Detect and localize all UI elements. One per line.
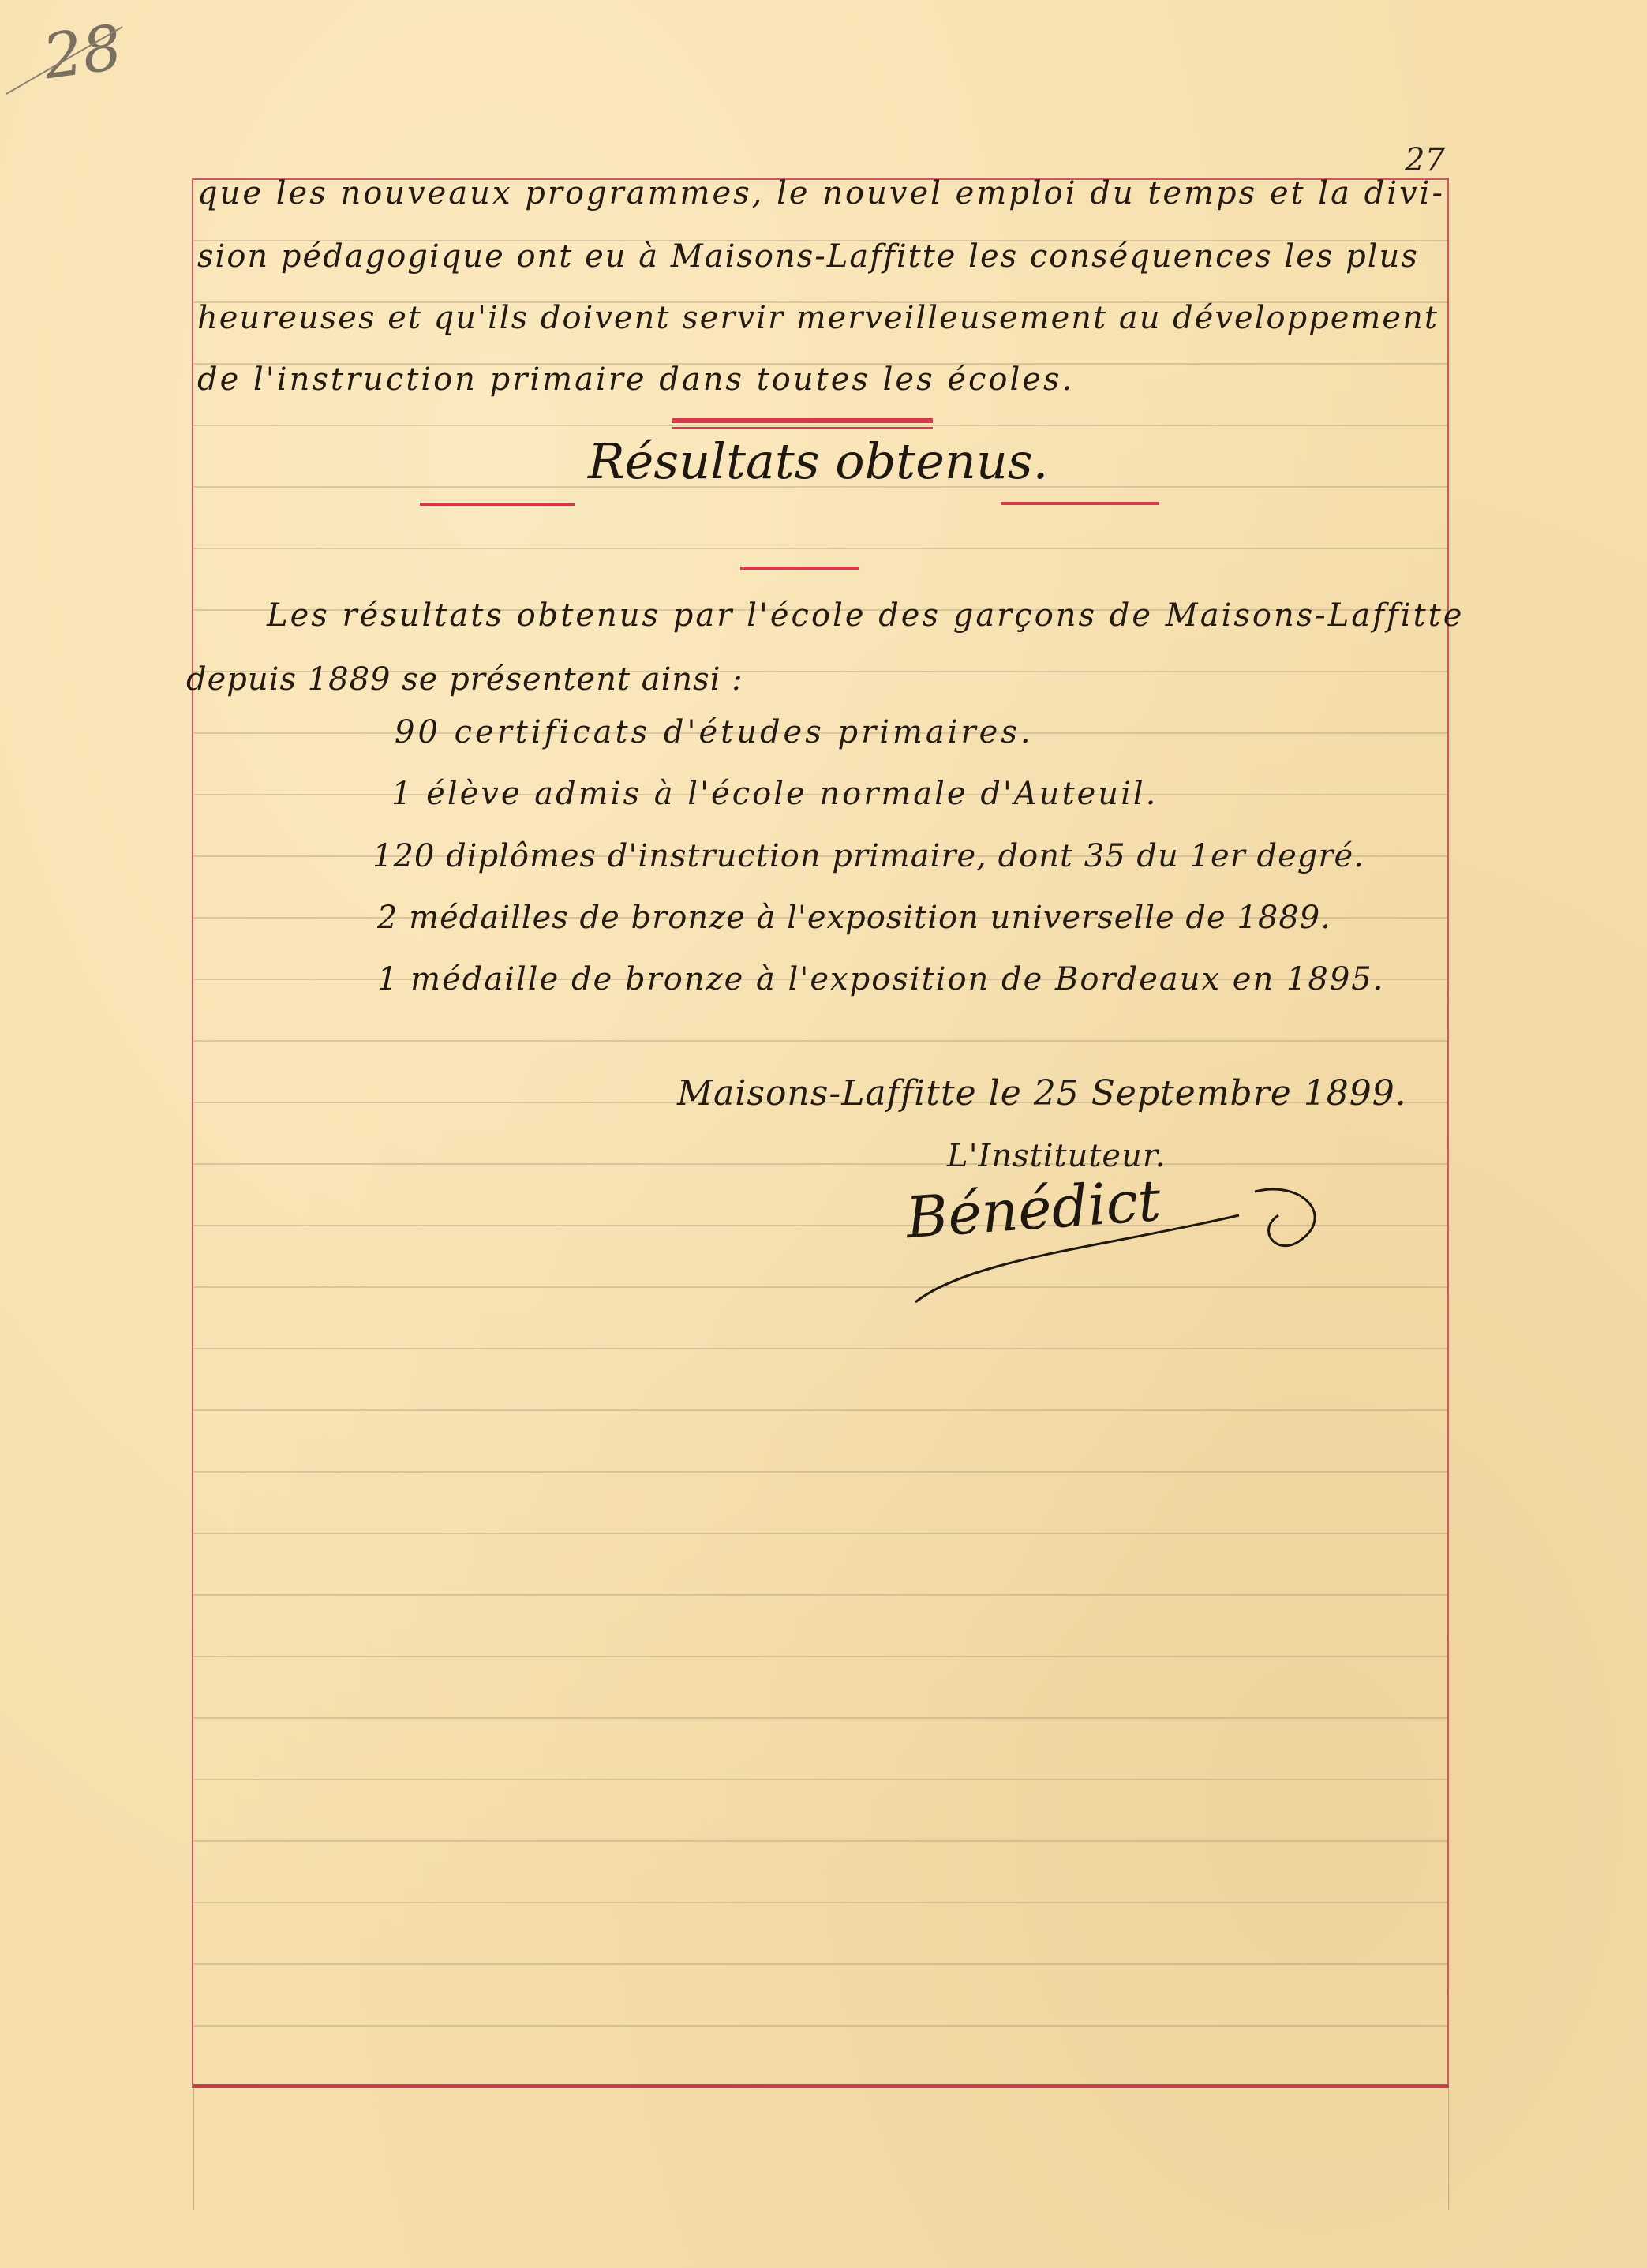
- folio-number: 27: [1405, 142, 1445, 178]
- text-line: heureuses et qu'ils doivent servir merve…: [197, 300, 1439, 336]
- text-line: depuis 1889 se présentent ainsi :: [186, 661, 743, 698]
- archive-number: 28: [39, 13, 126, 94]
- title-rule-right: [1001, 502, 1159, 505]
- text-line: que les nouveaux programmes, le nouvel e…: [197, 175, 1445, 211]
- list-item: 1 médaille de bronze à l'exposition de B…: [377, 961, 1384, 997]
- title-rule-left: [420, 503, 575, 506]
- text-line: de l'instruction primaire dans toutes le…: [197, 361, 1074, 398]
- list-item: 1 élève admis à l'école normale d'Auteui…: [391, 776, 1158, 812]
- list-item: 120 diplômes d'instruction primaire, don…: [372, 838, 1364, 874]
- list-item: 2 médailles de bronze à l'exposition uni…: [377, 900, 1331, 936]
- title-rule-top-thick: [672, 418, 933, 423]
- section-title: Résultats obtenus.: [588, 432, 1048, 490]
- text-line: Les résultats obtenus par l'école des ga…: [267, 597, 1464, 634]
- text-line: sion pédagogique ont eu à Maisons-Laffit…: [197, 238, 1419, 275]
- title-rule-top-thin: [672, 427, 933, 429]
- list-item: 90 certificats d'études primaires.: [395, 714, 1034, 750]
- signature-flourish-icon: [908, 1184, 1349, 1310]
- lower-guide-lines: [193, 2083, 1449, 2210]
- title-rule-bottom: [740, 567, 859, 570]
- place-and-date: Maisons-Laffitte le 25 Septembre 1899.: [677, 1073, 1407, 1113]
